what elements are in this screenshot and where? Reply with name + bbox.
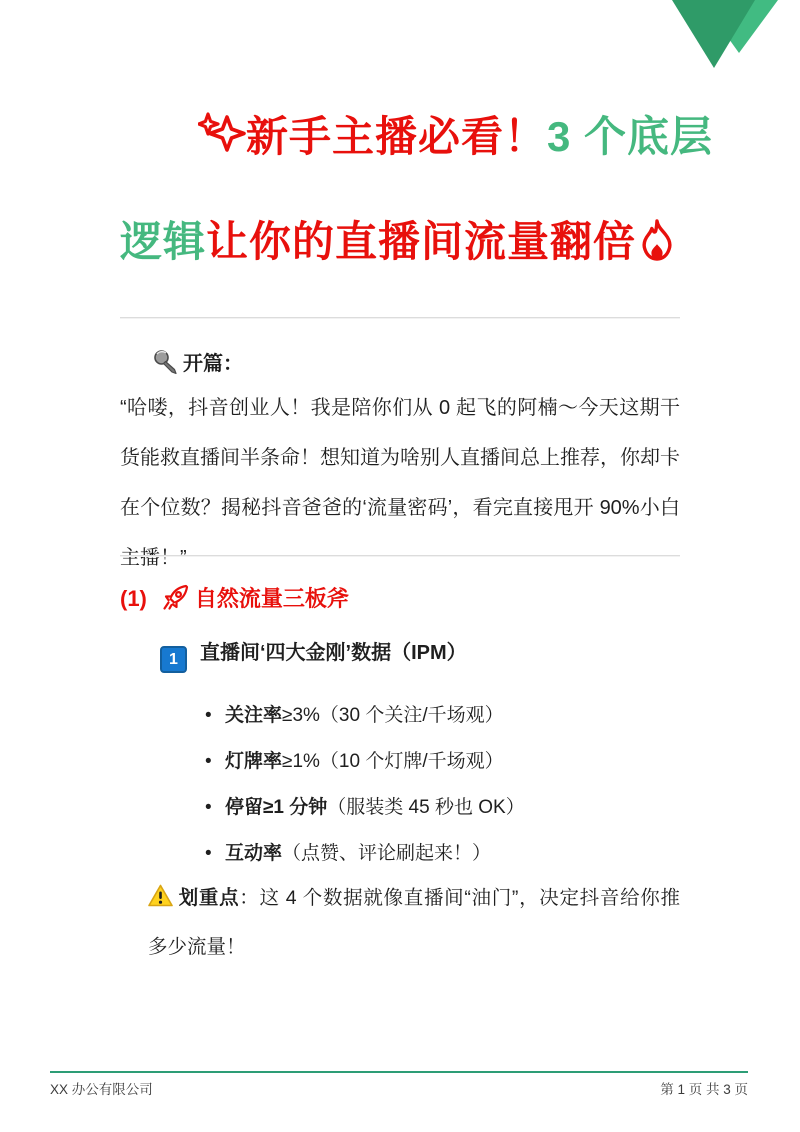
metric-detail: （服装类 45 秒也 OK） — [327, 797, 524, 818]
keycap-1-icon: 1 — [160, 646, 187, 673]
subheading-text: 直播间‘四大金刚’数据（IPM） — [200, 642, 467, 664]
metric-detail: ≥3%（30 个关注/千场观） — [282, 705, 504, 726]
bullet-dot: • — [205, 693, 212, 739]
metric-detail: ≥1%（10 个灯牌/千场观） — [282, 751, 504, 772]
section-1-heading: (1) 自然流量三板斧 — [120, 582, 680, 618]
list-item: •灯牌率≥1%（10 个灯牌/千场观） — [120, 739, 680, 785]
title-line-2: 逻辑让你的直播间流量翻倍 — [120, 193, 680, 297]
section-title: 自然流量三板斧 — [195, 586, 349, 611]
footer-divider — [50, 1071, 748, 1073]
fire-icon — [638, 199, 676, 297]
metric-name: 灯牌率 — [225, 751, 282, 772]
title-segment: 逻辑 — [120, 218, 206, 265]
metric-bullet-list: •关注率≥3%（30 个关注/千场观） •灯牌率≥1%（10 个灯牌/千场观） … — [120, 693, 680, 877]
metric-name: 停留≥1 分钟 — [225, 797, 327, 818]
opening-paragraph: “哈喽，抖音创业人！我是陪你们从 0 起飞的阿楠～今天这期干货能救直播间半条命！… — [120, 383, 680, 583]
footer-page-number: 第 1 页 共 3 页 — [660, 1078, 748, 1098]
footer-company: XX 办公有限公司 — [50, 1078, 153, 1098]
list-item: •关注率≥3%（30 个关注/千场观） — [120, 693, 680, 739]
sparkles-icon — [198, 95, 246, 193]
highlight-note: 划重点：这 4 个数据就像直播间“油门”，决定抖音给你推多少流量！ — [120, 875, 680, 970]
opening-heading-label: 开篇： — [183, 353, 243, 375]
list-item: •停留≥1 分钟（服装类 45 秒也 OK） — [120, 785, 680, 831]
title-segment: 3 个底层 — [547, 113, 713, 160]
bullet-dot: • — [205, 739, 212, 785]
highlight-label: 划重点 — [178, 887, 239, 909]
title-segment: 让你的直播间流量翻倍 — [206, 218, 636, 265]
divider — [120, 317, 680, 319]
metric-name: 互动率 — [225, 843, 282, 864]
microphone-icon — [153, 349, 177, 381]
opening-heading: 开篇： — [120, 347, 680, 381]
divider — [120, 555, 680, 557]
bullet-dot: • — [205, 785, 212, 831]
bullet-dot: • — [205, 831, 212, 877]
rocket-icon — [161, 582, 191, 618]
subheading-ipm: 1直播间‘四大金刚’数据（IPM） — [120, 636, 680, 673]
page-title: 新手主播必看！3 个底层 逻辑让你的直播间流量翻倍 — [120, 88, 680, 297]
footer: XX 办公有限公司 第 1 页 共 3 页 — [50, 1078, 748, 1098]
document-page: 新手主播必看！3 个底层 逻辑让你的直播间流量翻倍 开篇： “哈喽，抖音创业人！… — [0, 0, 800, 1132]
metric-detail: （点赞、评论刷起来！） — [282, 843, 491, 864]
title-line-1: 新手主播必看！3 个底层 — [120, 88, 680, 193]
metric-name: 关注率 — [225, 705, 282, 726]
warning-icon — [148, 878, 173, 924]
list-item: •互动率（点赞、评论刷起来！） — [120, 831, 680, 877]
logo-triangles-icon — [672, 0, 778, 70]
section-number: (1) — [120, 586, 147, 611]
title-segment: 新手主播必看！ — [246, 113, 547, 160]
